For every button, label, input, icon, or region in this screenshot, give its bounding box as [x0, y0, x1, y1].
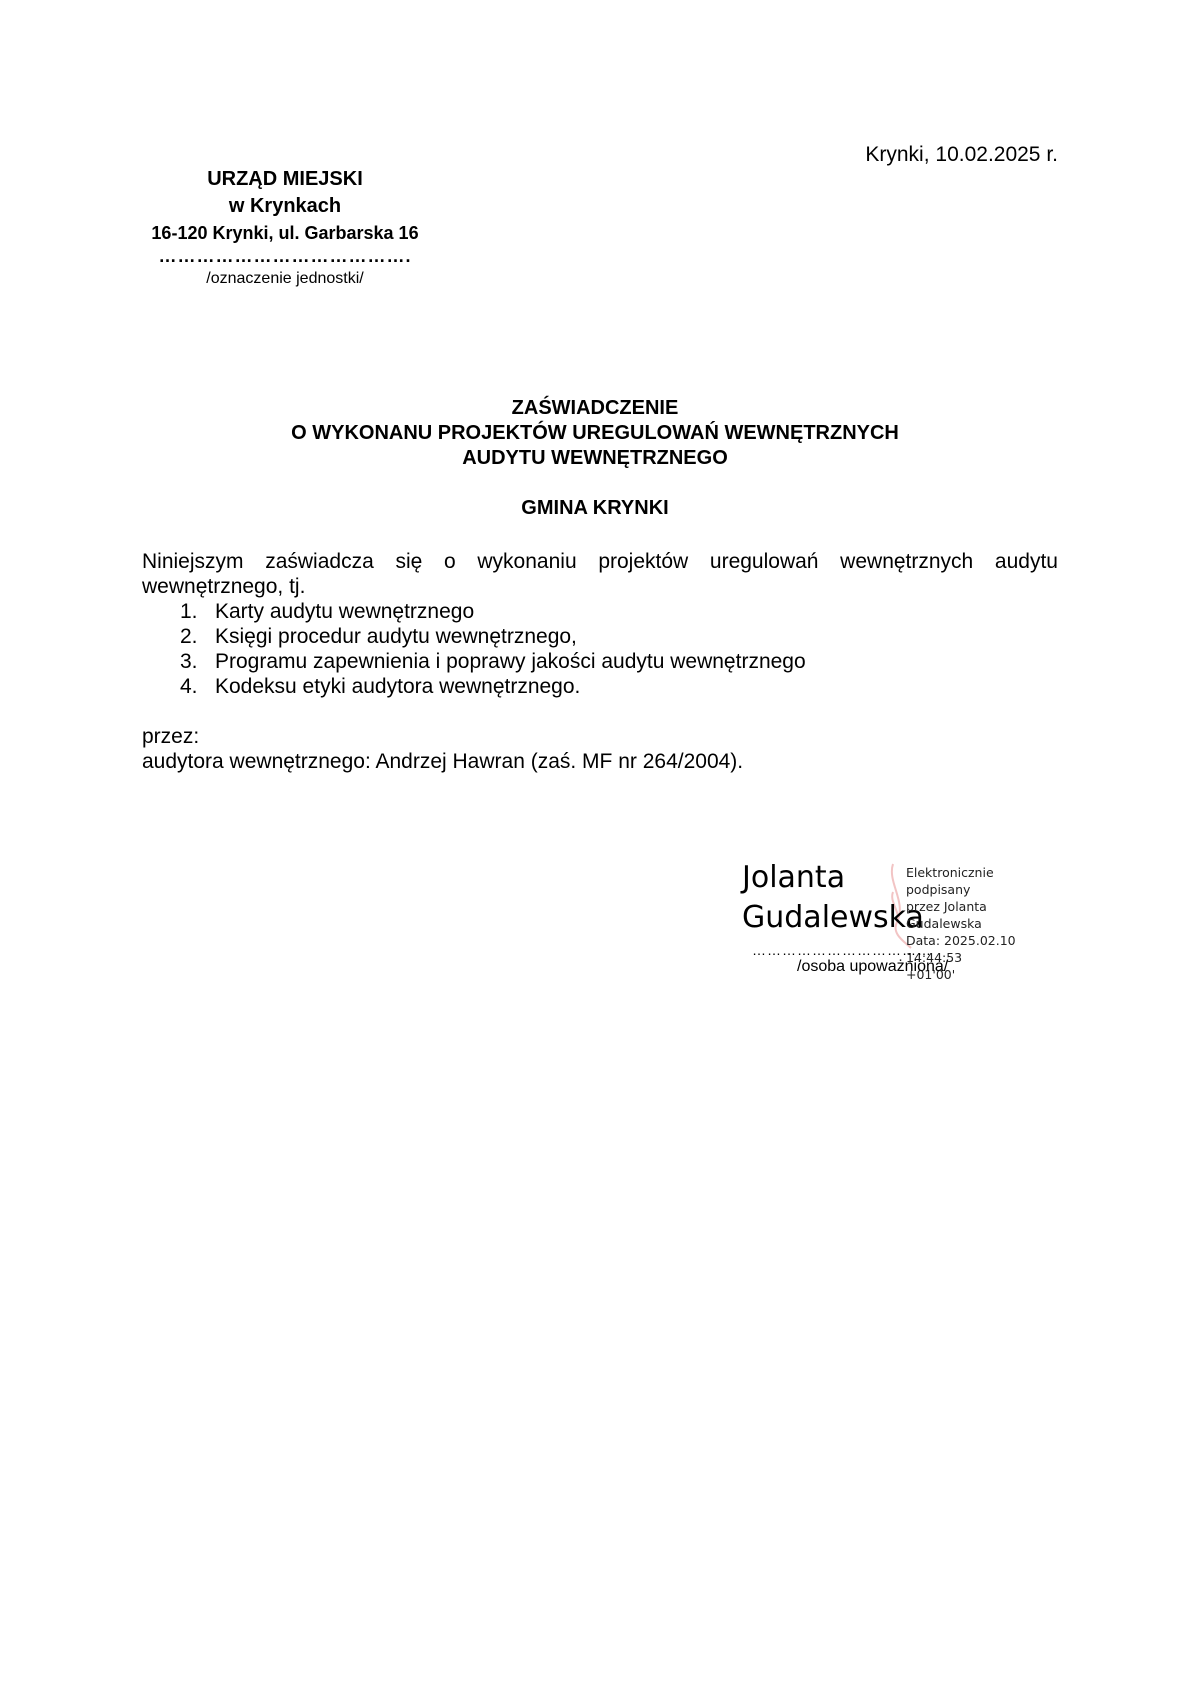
title-line-3: AUDYTU WEWNĘTRZNEGO	[130, 446, 1060, 471]
signature-info-line: przez Jolanta Gudalewska	[906, 898, 1062, 932]
unit-name: URZĄD MIEJSKI	[130, 166, 440, 193]
unit-dotted-line: ………………………………….	[130, 246, 440, 266]
item-number: 3.	[180, 649, 215, 674]
electronic-signature[interactable]: Jolanta Gudalewska Elektronicznie podpis…	[742, 858, 1062, 968]
item-text: Karty audytu wewnętrznego	[215, 599, 474, 624]
unit-address: 16-120 Krynki, ul. Garbarska 16	[130, 220, 440, 246]
unit-stamp: URZĄD MIEJSKI w Krynkach 16-120 Krynki, …	[130, 166, 440, 290]
place-date: Krynki, 10.02.2025 r.	[780, 143, 1058, 167]
items-list: 1.Karty audytu wewnętrznego 2.Księgi pro…	[142, 599, 1058, 699]
intro-paragraph: Niniejszym zaświadcza się o wykonaniu pr…	[142, 549, 1058, 599]
item-text: Księgi procedur audytu wewnętrznego,	[215, 624, 577, 649]
document-body: Niniejszym zaświadcza się o wykonaniu pr…	[142, 549, 1058, 774]
item-number: 1.	[180, 599, 215, 624]
signer-name: Jolanta Gudalewska	[742, 858, 924, 938]
unit-caption: /oznaczenie jednostki/	[130, 268, 440, 290]
document-title: ZAŚWIADCZENIE O WYKONANU PROJEKTÓW UREGU…	[130, 396, 1060, 521]
signer-last-name: Gudalewska	[742, 898, 924, 938]
list-item: 3.Programu zapewnienia i poprawy jakości…	[180, 649, 1058, 674]
list-item: 4.Kodeksu etyki audytora wewnętrznego.	[180, 674, 1058, 699]
signature-caption: /osoba upoważniona/	[797, 958, 948, 976]
title-line-1: ZAŚWIADCZENIE	[130, 396, 1060, 421]
item-text: Programu zapewnienia i poprawy jakości a…	[215, 649, 806, 674]
list-item: 1.Karty audytu wewnętrznego	[180, 599, 1058, 624]
item-number: 2.	[180, 624, 215, 649]
unit-city: w Krynkach	[130, 193, 440, 220]
signature-dotted-line: ………………………………	[752, 942, 932, 958]
auditor-info: audytora wewnętrznego: Andrzej Hawran (z…	[142, 749, 1058, 774]
item-number: 4.	[180, 674, 215, 699]
signer-first-name: Jolanta	[742, 858, 924, 898]
item-text: Kodeksu etyki audytora wewnętrznego.	[215, 674, 580, 699]
list-item: 2.Księgi procedur audytu wewnętrznego,	[180, 624, 1058, 649]
subject: GMINA KRYNKI	[130, 496, 1060, 521]
by-label: przez:	[142, 724, 1058, 749]
title-line-2: O WYKONANU PROJEKTÓW UREGULOWAŃ WEWNĘTRZ…	[130, 421, 1060, 446]
signature-info-line: Elektronicznie podpisany	[906, 864, 1062, 898]
